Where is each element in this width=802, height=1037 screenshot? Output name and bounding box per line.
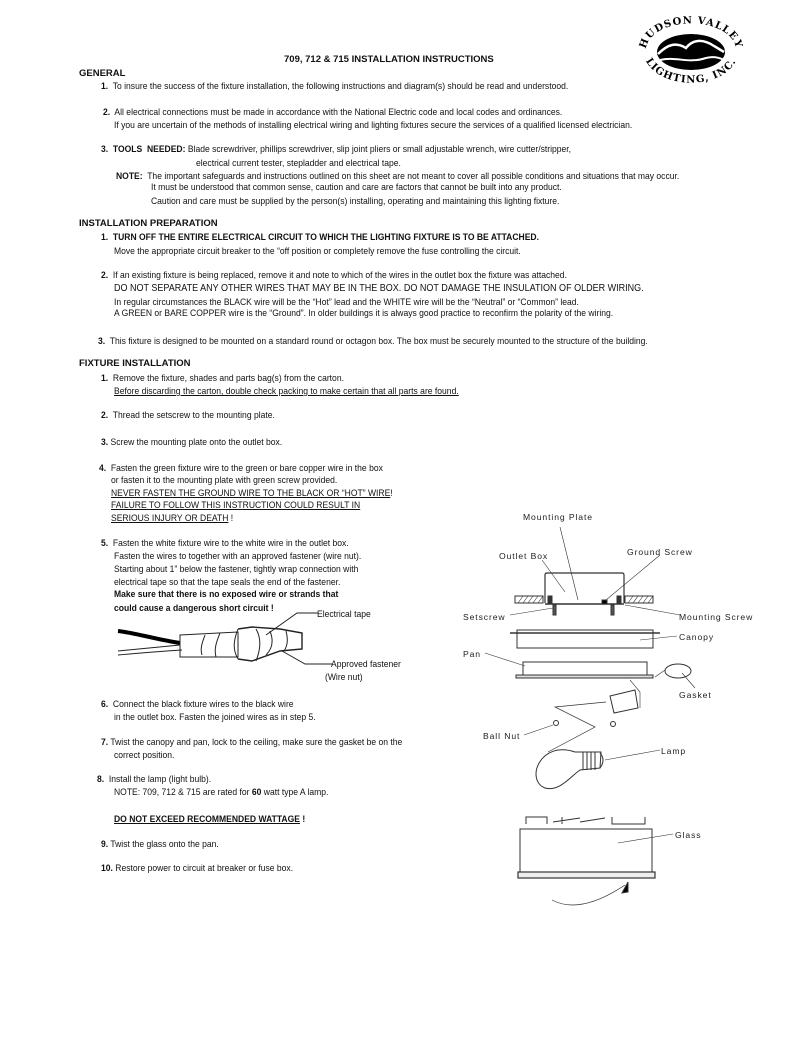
prep-item-3: 3. This fixture is designed to be mounte… [98, 335, 648, 347]
install-item-1-warning: Before discarding the carton, double che… [114, 385, 459, 397]
install-item-5: 5. Fasten the white fixture wire to the … [101, 537, 349, 549]
general-item-2: 2. All electrical connections must be ma… [103, 106, 562, 118]
install-item-4-warning-3: SERIOUS INJURY OR DEATH ! [111, 512, 233, 524]
tools-line-2: electrical current tester, stepladder an… [196, 157, 401, 169]
general-item-1: 1. To insure the success of the fixture … [101, 80, 568, 92]
install-item-4: 4. Fasten the green fixture wire to the … [99, 462, 383, 474]
general-item-3-tools: 3. TOOLS NEEDED: Blade screwdriver, phil… [101, 143, 571, 155]
install-item-2: 2. Thread the setscrew to the mounting p… [101, 409, 275, 421]
section-heading-fixture-installation: FIXTURE INSTALLATION [79, 358, 191, 370]
prep-item-2: 2. If an existing fixture is being repla… [101, 269, 567, 281]
prep-item-1: 1. TURN OFF THE ENTIRE ELECTRICAL CIRCUI… [101, 231, 539, 243]
label-glass: Glass [675, 829, 701, 841]
install-item-8-note: NOTE: 709, 712 & 715 are rated for 60 wa… [114, 786, 328, 798]
install-item-5-line-2: Fasten the wires to together with an app… [114, 550, 361, 562]
install-item-5-line-4: electrical tape so that the tape seals t… [114, 576, 340, 588]
note-line-3: Caution and care must be supplied by the… [151, 195, 559, 207]
prep-item-2-line-4: A GREEN or BARE COPPER wire is the “Grou… [114, 307, 613, 319]
install-item-5-warning-1: Make sure that there is no exposed wire … [114, 588, 338, 600]
label-ball-nut: Ball Nut [483, 730, 520, 742]
label-approved-fastener: Approved fastener [331, 658, 401, 670]
install-item-7: 7. Twist the canopy and pan, lock to the… [101, 736, 402, 748]
note-line-2: It must be understood that common sense,… [151, 181, 562, 193]
install-item-8: 8. Install the lamp (light bulb). [97, 773, 211, 785]
label-canopy: Canopy [679, 631, 714, 643]
label-electrical-tape: Electrical tape [317, 608, 371, 620]
prep-item-2-line-2: DO NOT SEPARATE ANY OTHER WIRES THAT MAY… [114, 283, 644, 295]
section-heading-general: GENERAL [79, 68, 125, 80]
install-item-6-line-2: in the outlet box. Fasten the joined wir… [114, 711, 316, 723]
label-pan: Pan [463, 648, 481, 660]
label-ground-screw: Ground Screw [627, 546, 693, 558]
install-item-5-line-3: Starting about 1” below the fastener, ti… [114, 563, 358, 575]
install-item-4-warning-1: NEVER FASTEN THE GROUND WIRE TO THE BLAC… [111, 487, 393, 499]
label-mounting-screw: Mounting Screw [679, 611, 753, 623]
install-item-10: 10. Restore power to circuit at breaker … [101, 862, 293, 874]
install-item-6: 6. Connect the black fixture wires to th… [101, 698, 294, 710]
section-heading-preparation: INSTALLATION PREPARATION [79, 218, 218, 230]
general-item-2-line-2: If you are uncertain of the methods of i… [114, 119, 632, 131]
label-gasket: Gasket [679, 689, 712, 701]
install-item-4-warning-2: FAILURE TO FOLLOW THIS INSTRUCTION COULD… [111, 499, 360, 511]
install-item-7-line-2: correct position. [114, 749, 174, 761]
label-wire-nut: (Wire nut) [325, 671, 363, 683]
label-lamp: Lamp [661, 745, 686, 757]
install-item-8-warning: DO NOT EXCEED RECOMMENDED WATTAGE ! [114, 813, 305, 825]
document-title: 709, 712 & 715 INSTALLATION INSTRUCTIONS [284, 54, 494, 66]
label-mounting-plate: Mounting Plate [523, 511, 593, 523]
label-outlet-box: Outlet Box [499, 550, 548, 562]
logo-mountain-icon: HUDSON VALLEY LIGHTING, INC. [636, 14, 746, 90]
install-item-9: 9. Twist the glass onto the pan. [101, 838, 219, 850]
fixture-drawing [455, 505, 755, 925]
prep-item-1-line-2: Move the appropriate circuit breaker to … [114, 245, 521, 257]
install-item-3: 3. Screw the mounting plate onto the out… [101, 436, 282, 448]
install-item-4-line-2: or fasten it to the mounting plate with … [111, 474, 337, 486]
install-item-1: 1. Remove the fixture, shades and parts … [101, 372, 344, 384]
label-setscrew: Setscrew [463, 611, 506, 623]
